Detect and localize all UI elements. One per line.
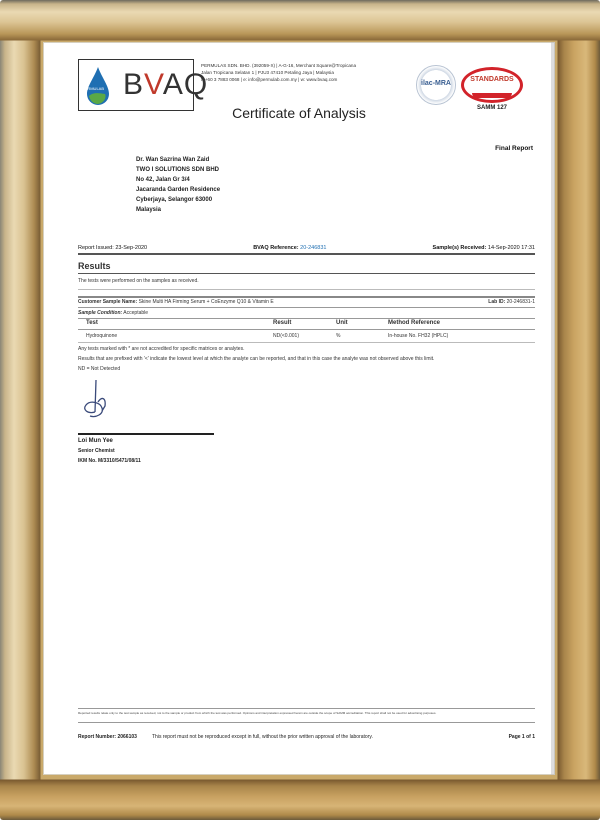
report-number: Report Number: 2066103 bbox=[78, 734, 140, 740]
divider bbox=[78, 253, 535, 255]
ilac-mra-badge: ilac-MRA bbox=[416, 65, 456, 105]
divider bbox=[78, 318, 535, 319]
divider bbox=[78, 296, 535, 298]
footer: Report Number: 2066103 This report must … bbox=[78, 734, 535, 740]
samples-received: Sample(s) Received: 14-Sep-2020 17:31 bbox=[433, 245, 535, 251]
bvaq-reference: BVAQ Reference: 20-246831 bbox=[253, 245, 326, 251]
recipient-address: Dr. Wan Sazrina Wan Zaid TWO I SOLUTIONS… bbox=[136, 155, 220, 215]
report-type: Final Report bbox=[495, 145, 533, 152]
company-info: PERMULAS SDN. BHD. (392059-X) | A-G-16, … bbox=[201, 62, 411, 83]
standards-malaysia-badge: STANDARDS bbox=[461, 67, 523, 103]
signature-image bbox=[78, 378, 118, 426]
results-heading: Results bbox=[78, 261, 111, 271]
divider bbox=[78, 342, 535, 343]
page-number: Page 1 of 1 bbox=[509, 734, 535, 740]
sample-name-row: Customer Sample Name: Skine Multi HA Fir… bbox=[78, 299, 535, 305]
divider bbox=[78, 329, 535, 330]
results-intro: The tests were performed on the samples … bbox=[78, 278, 199, 284]
signatory-ikm: IKM No. M/3310/5471/08/11 bbox=[78, 458, 141, 464]
reproduction-notice: This report must not be reproduced excep… bbox=[152, 734, 373, 740]
note-accreditation: Any tests marked with * are not accredit… bbox=[78, 346, 244, 352]
signatory-title: Senior Chemist bbox=[78, 448, 115, 454]
divider bbox=[78, 307, 535, 308]
frame-shadow bbox=[551, 42, 555, 775]
logo-wordmark: BVAQ bbox=[123, 68, 208, 102]
logo-subtext: PERMULAB bbox=[82, 86, 104, 91]
footer-disclaimer: Reported results relate only to the test… bbox=[78, 711, 535, 715]
certificate-document: PERMULAB BVAQ PERMULAS SDN. BHD. (392059… bbox=[43, 42, 555, 775]
bvaq-logo: PERMULAB BVAQ bbox=[78, 59, 194, 111]
report-issued: Report Issued: 23-Sep-2020 bbox=[78, 245, 147, 251]
note-nd: ND = Not Detected bbox=[78, 366, 120, 372]
report-meta: Report Issued: 23-Sep-2020 BVAQ Referenc… bbox=[78, 245, 535, 251]
sample-condition-row: Sample Condition: Acceptable bbox=[78, 310, 535, 316]
note-prefix: Results that are prefixed with '<' indic… bbox=[78, 356, 434, 362]
divider bbox=[78, 289, 535, 290]
divider bbox=[78, 722, 535, 723]
samm-code: SAMM 127 bbox=[461, 105, 523, 111]
divider bbox=[78, 273, 535, 274]
signatory-name: Loi Mun Yee bbox=[78, 438, 113, 444]
signature-line bbox=[78, 433, 214, 435]
divider bbox=[78, 708, 535, 709]
